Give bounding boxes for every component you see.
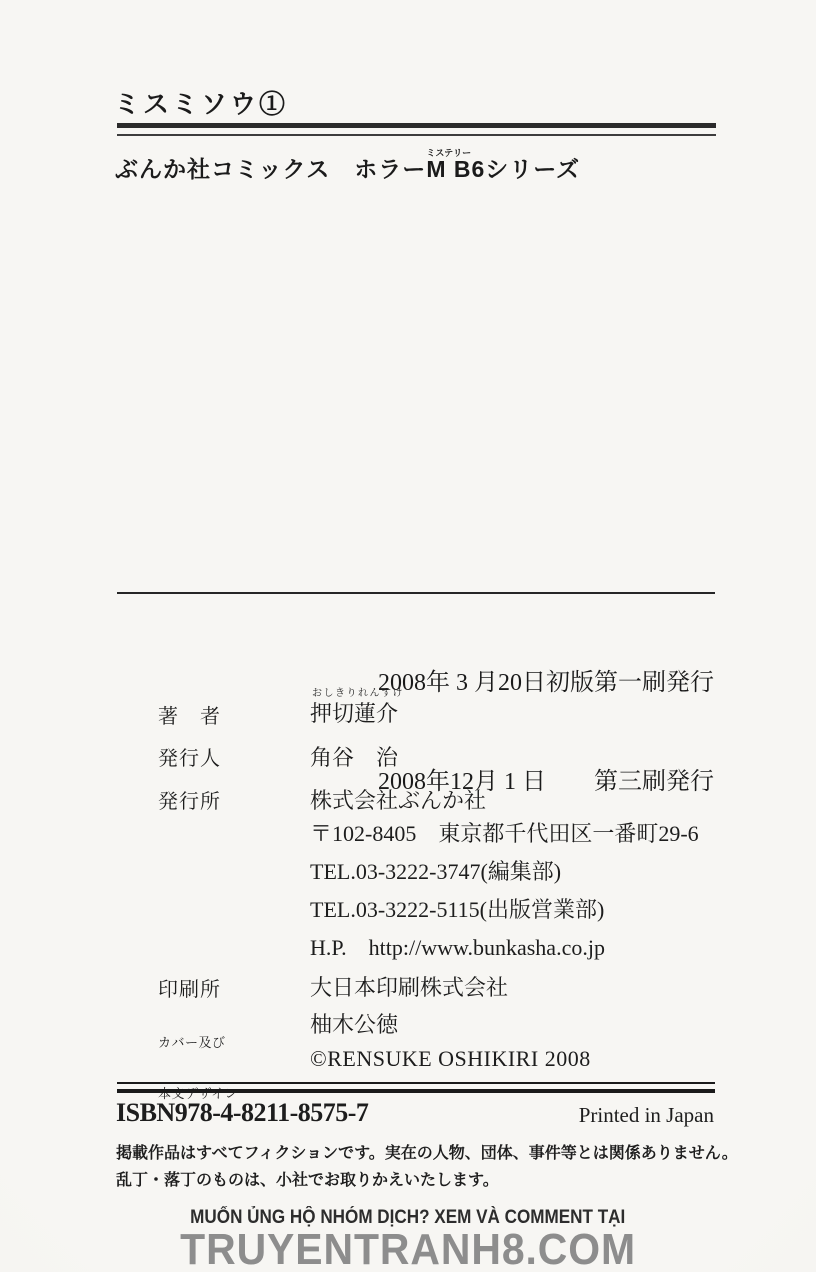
issuer-label: 発行人 — [158, 742, 221, 771]
tel-sales: TEL.03-3222-5115(出版営業部) — [310, 893, 604, 924]
series-annotated-letter: ミステリーM — [426, 156, 446, 183]
copyright-notice: ©RENSUKE OSHIKIRI 2008 — [310, 1046, 591, 1072]
isbn-rule-bottom — [117, 1089, 715, 1093]
fiction-disclaimer: 掲載作品はすべてフィクションです。実在の人物、団体、事件等とは関係ありません。 — [116, 1140, 738, 1163]
publisher-name: 株式会社ぶんか社 — [310, 784, 486, 815]
author-label: 著 者 — [158, 700, 221, 729]
footer-site-name: TRUYENTRANH8.COM — [0, 1225, 816, 1272]
printer-label: 印刷所 — [158, 973, 221, 1002]
author-name: 押切蓮介 — [310, 697, 398, 728]
issuer-name: 角谷 治 — [310, 741, 398, 772]
printer-name: 大日本印刷株式会社 — [310, 971, 508, 1002]
header-rule-thick — [117, 123, 716, 128]
printed-in-japan: Printed in Japan — [117, 1103, 714, 1128]
series-suffix: B6シリーズ — [446, 156, 580, 182]
homepage-url: H.P. http://www.bunkasha.co.jp — [310, 931, 605, 962]
first-printing-date: 2008年 3 月20日初版第一刷発行 — [117, 667, 714, 700]
publisher-label: 発行所 — [158, 785, 221, 814]
section-rule — [117, 592, 715, 594]
isbn-rule-top — [117, 1082, 715, 1084]
tel-editorial: TEL.03-3222-3747(編集部) — [310, 855, 561, 886]
defect-replacement-notice: 乱丁・落丁のものは、小社でお取りかえいたします。 — [116, 1167, 499, 1190]
header-rule-thin — [117, 134, 716, 136]
design-label-line1: カバー及び — [158, 1034, 238, 1051]
colophon-page: ミスミソウ① ぶんか社コミックス ホラーミステリーM B6シリーズ 2008年 … — [0, 0, 816, 1272]
series-furigana: ミステリー — [426, 146, 471, 159]
book-title: ミスミソウ① — [114, 84, 288, 121]
publisher-address: 〒102-8405 東京都千代田区一番町29-6 — [310, 817, 699, 848]
series-prefix: ぶんか社コミックス ホラー — [115, 156, 426, 182]
designer-name: 柚木公徳 — [310, 1008, 398, 1039]
series-line: ぶんか社コミックス ホラーミステリーM B6シリーズ — [115, 151, 580, 184]
